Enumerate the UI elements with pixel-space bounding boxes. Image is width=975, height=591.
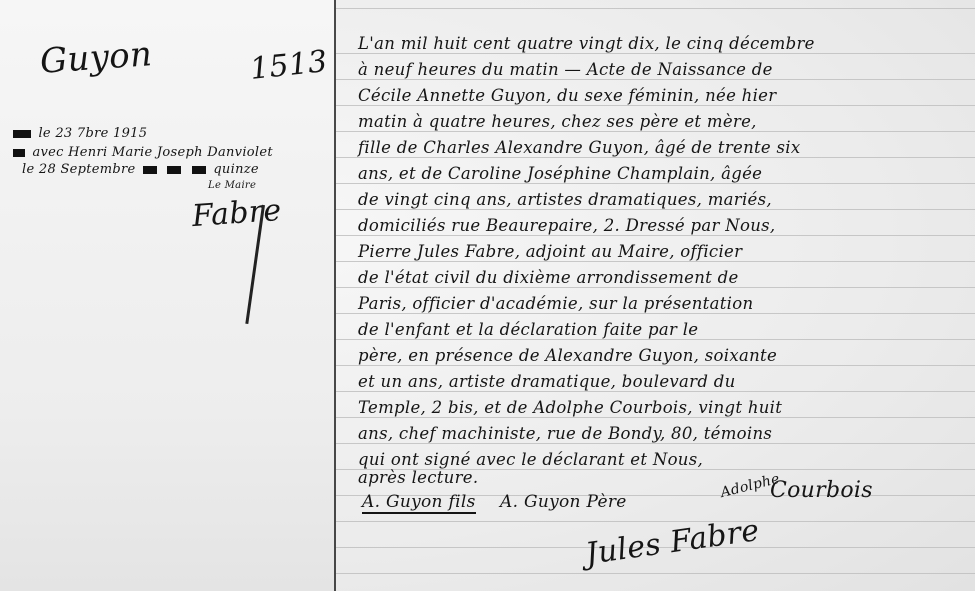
body-line: ans, chef machiniste, rue de Bondy, 80, …	[358, 424, 772, 443]
body-line: Temple, 2 bis, et de Adolphe Courbois, v…	[358, 398, 782, 417]
body-line: matin à quatre heures, chez ses père et …	[358, 112, 757, 131]
body-line: ans, et de Caroline Joséphine Champlain,…	[358, 164, 762, 183]
body-line: fille de Charles Alexandre Guyon, âgé de…	[358, 138, 801, 157]
body-line: après lecture.	[358, 468, 478, 487]
signature-guyon-pere: A. Guyon Père	[500, 492, 627, 512]
body-line: père, en présence de Alexandre Guyon, so…	[358, 346, 777, 365]
annotation-text: le 23 7bre 1915	[38, 126, 147, 141]
body-line: de vingt cinq ans, artistes dramatiques,…	[358, 190, 772, 209]
redaction-bar	[143, 166, 157, 174]
signature-courbois: Courbois	[770, 478, 873, 503]
body-line: L'an mil huit cent quatre vingt dix, le …	[358, 34, 815, 53]
annotation-text: quinze	[213, 162, 259, 177]
body-line: et un ans, artiste dramatique, boulevard…	[358, 372, 736, 391]
margin-annotation-line-2: avec Henri Marie Joseph Danviolet	[10, 145, 273, 160]
margin-signature: Fabre	[191, 193, 283, 234]
body-line: qui ont signé avec le déclarant et Nous,	[358, 450, 703, 469]
register-page: Guyon 1513 le 23 7bre 1915 avec Henri Ma…	[0, 0, 975, 591]
body-line: à neuf heures du matin — Acte de Naissan…	[358, 60, 773, 79]
margin-column	[0, 0, 335, 591]
body-line: Paris, officier d'académie, sur la prése…	[358, 294, 753, 313]
margin-annotation-line-3: le 28 Septembre quinze	[22, 162, 259, 177]
body-line: de l'état civil du dixième arrondissemen…	[358, 268, 739, 287]
surname-heading: Guyon	[39, 34, 154, 82]
body-line: Pierre Jules Fabre, adjoint au Maire, of…	[358, 242, 742, 261]
annotation-text: avec Henri Marie Joseph Danviolet	[32, 145, 272, 160]
redaction-bar	[13, 130, 31, 138]
annotation-text: le 28 Septembre	[22, 162, 136, 177]
redaction-bar	[13, 149, 25, 157]
redaction-bar	[192, 166, 206, 174]
body-line: Cécile Annette Guyon, du sexe féminin, n…	[358, 86, 776, 105]
body-line: domiciliés rue Beaurepaire, 2. Dressé pa…	[358, 216, 775, 235]
margin-annotation-line-1: le 23 7bre 1915	[10, 126, 147, 141]
margin-rule	[334, 0, 336, 591]
redaction-bar	[167, 166, 181, 174]
signature-guyon-fils: A. Guyon fils	[362, 492, 476, 514]
margin-annotation-line-4: Le Maire	[208, 180, 256, 191]
body-line: de l'enfant et la déclaration faite par …	[358, 320, 698, 339]
